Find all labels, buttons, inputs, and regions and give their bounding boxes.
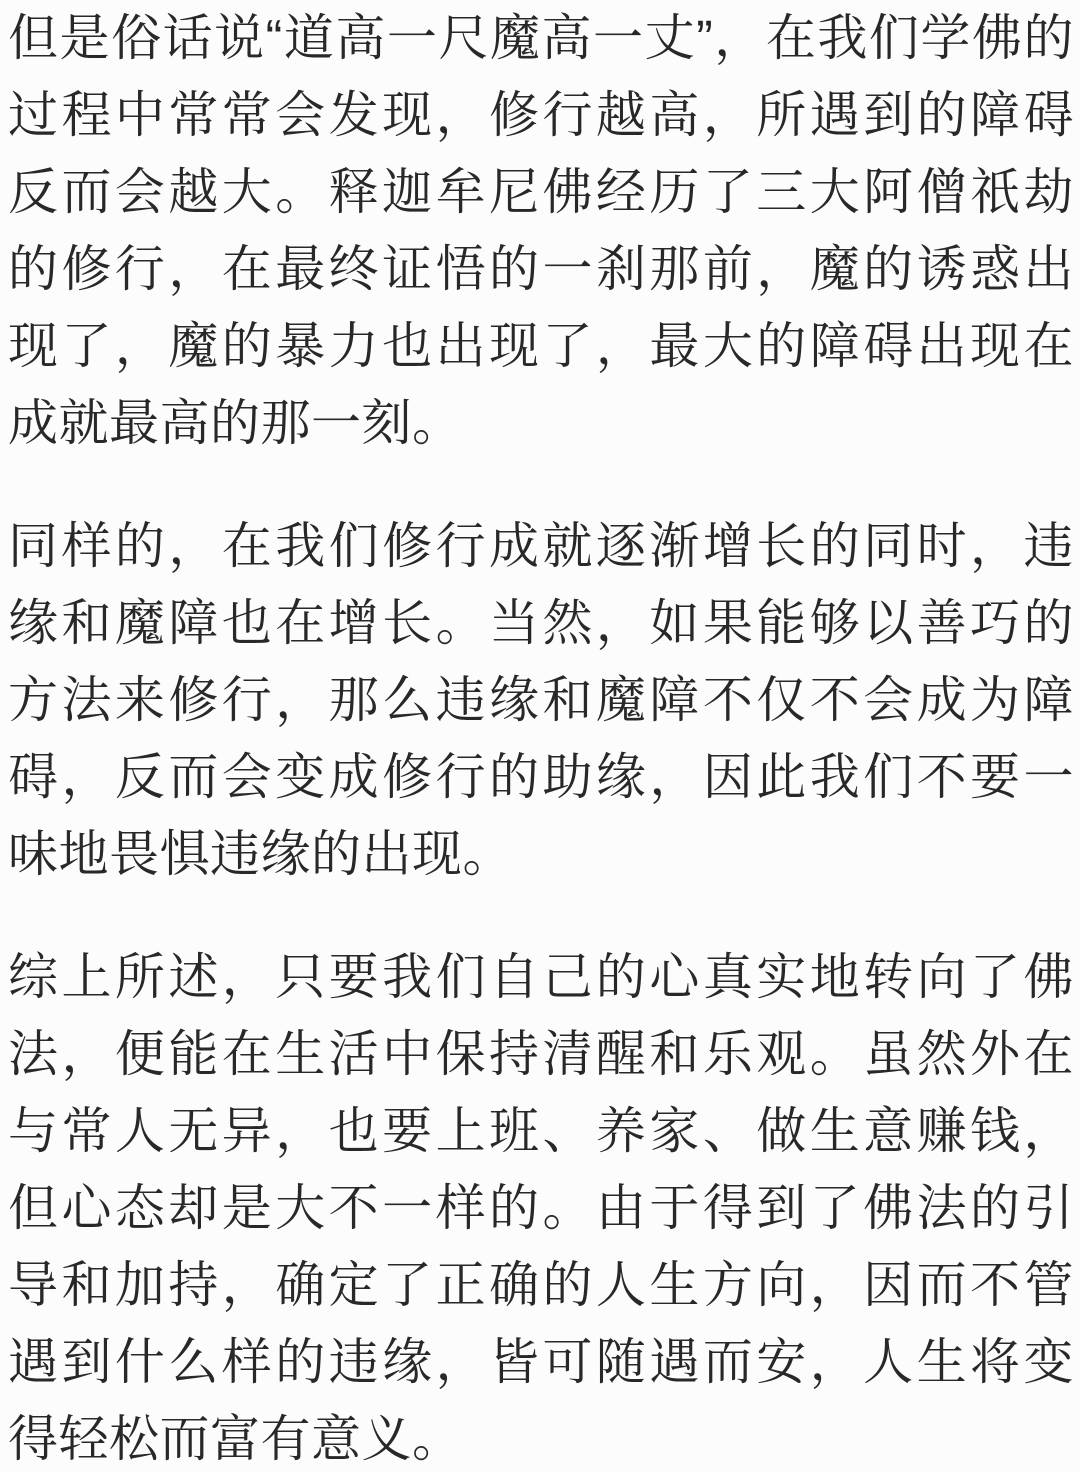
text-line: 方法来修行，那么违缘和魔障不仅不会成为障 (8, 662, 1074, 739)
text-line: 综上所述，只要我们自己的心真实地转向了佛 (8, 939, 1074, 1016)
text-line: 成就最高的那一刻。 (8, 385, 1074, 462)
text-line: 法，便能在生活中保持清醒和乐观。虽然外在 (8, 1016, 1074, 1093)
text-line: 得轻松而富有意义。 (8, 1401, 1074, 1472)
text-line: 与常人无异，也要上班、养家、做生意赚钱， (8, 1093, 1074, 1170)
text-line: 的修行，在最终证悟的一刹那前，魔的诱惑出 (8, 231, 1074, 308)
paragraph: 综上所述，只要我们自己的心真实地转向了佛法，便能在生活中保持清醒和乐观。虽然外在… (8, 939, 1074, 1472)
paragraph: 但是俗话说“道高一尺魔高一丈”，在我们学佛的过程中常常会发现，修行越高，所遇到的… (8, 0, 1074, 462)
text-line: 过程中常常会发现，修行越高，所遇到的障碍 (8, 77, 1074, 154)
text-line: 但心态却是大不一样的。由于得到了佛法的引 (8, 1170, 1074, 1247)
text-line: 缘和魔障也在增长。当然，如果能够以善巧的 (8, 585, 1074, 662)
text-line: 同样的，在我们修行成就逐渐增长的同时，违 (8, 508, 1074, 585)
text-line: 味地畏惧违缘的出现。 (8, 816, 1074, 893)
paragraph: 同样的，在我们修行成就逐渐增长的同时，违缘和魔障也在增长。当然，如果能够以善巧的… (8, 508, 1074, 893)
text-line: 但是俗话说“道高一尺魔高一丈”，在我们学佛的 (8, 0, 1074, 77)
text-line: 反而会越大。释迦牟尼佛经历了三大阿僧祇劫 (8, 154, 1074, 231)
text-line: 碍，反而会变成修行的助缘，因此我们不要一 (8, 739, 1074, 816)
text-line: 导和加持，确定了正确的人生方向，因而不管 (8, 1247, 1074, 1324)
text-line: 遇到什么样的违缘，皆可随遇而安，人生将变 (8, 1324, 1074, 1401)
article-text-body: 但是俗话说“道高一尺魔高一丈”，在我们学佛的过程中常常会发现，修行越高，所遇到的… (0, 0, 1080, 1472)
text-line: 现了，魔的暴力也出现了，最大的障碍出现在 (8, 308, 1074, 385)
